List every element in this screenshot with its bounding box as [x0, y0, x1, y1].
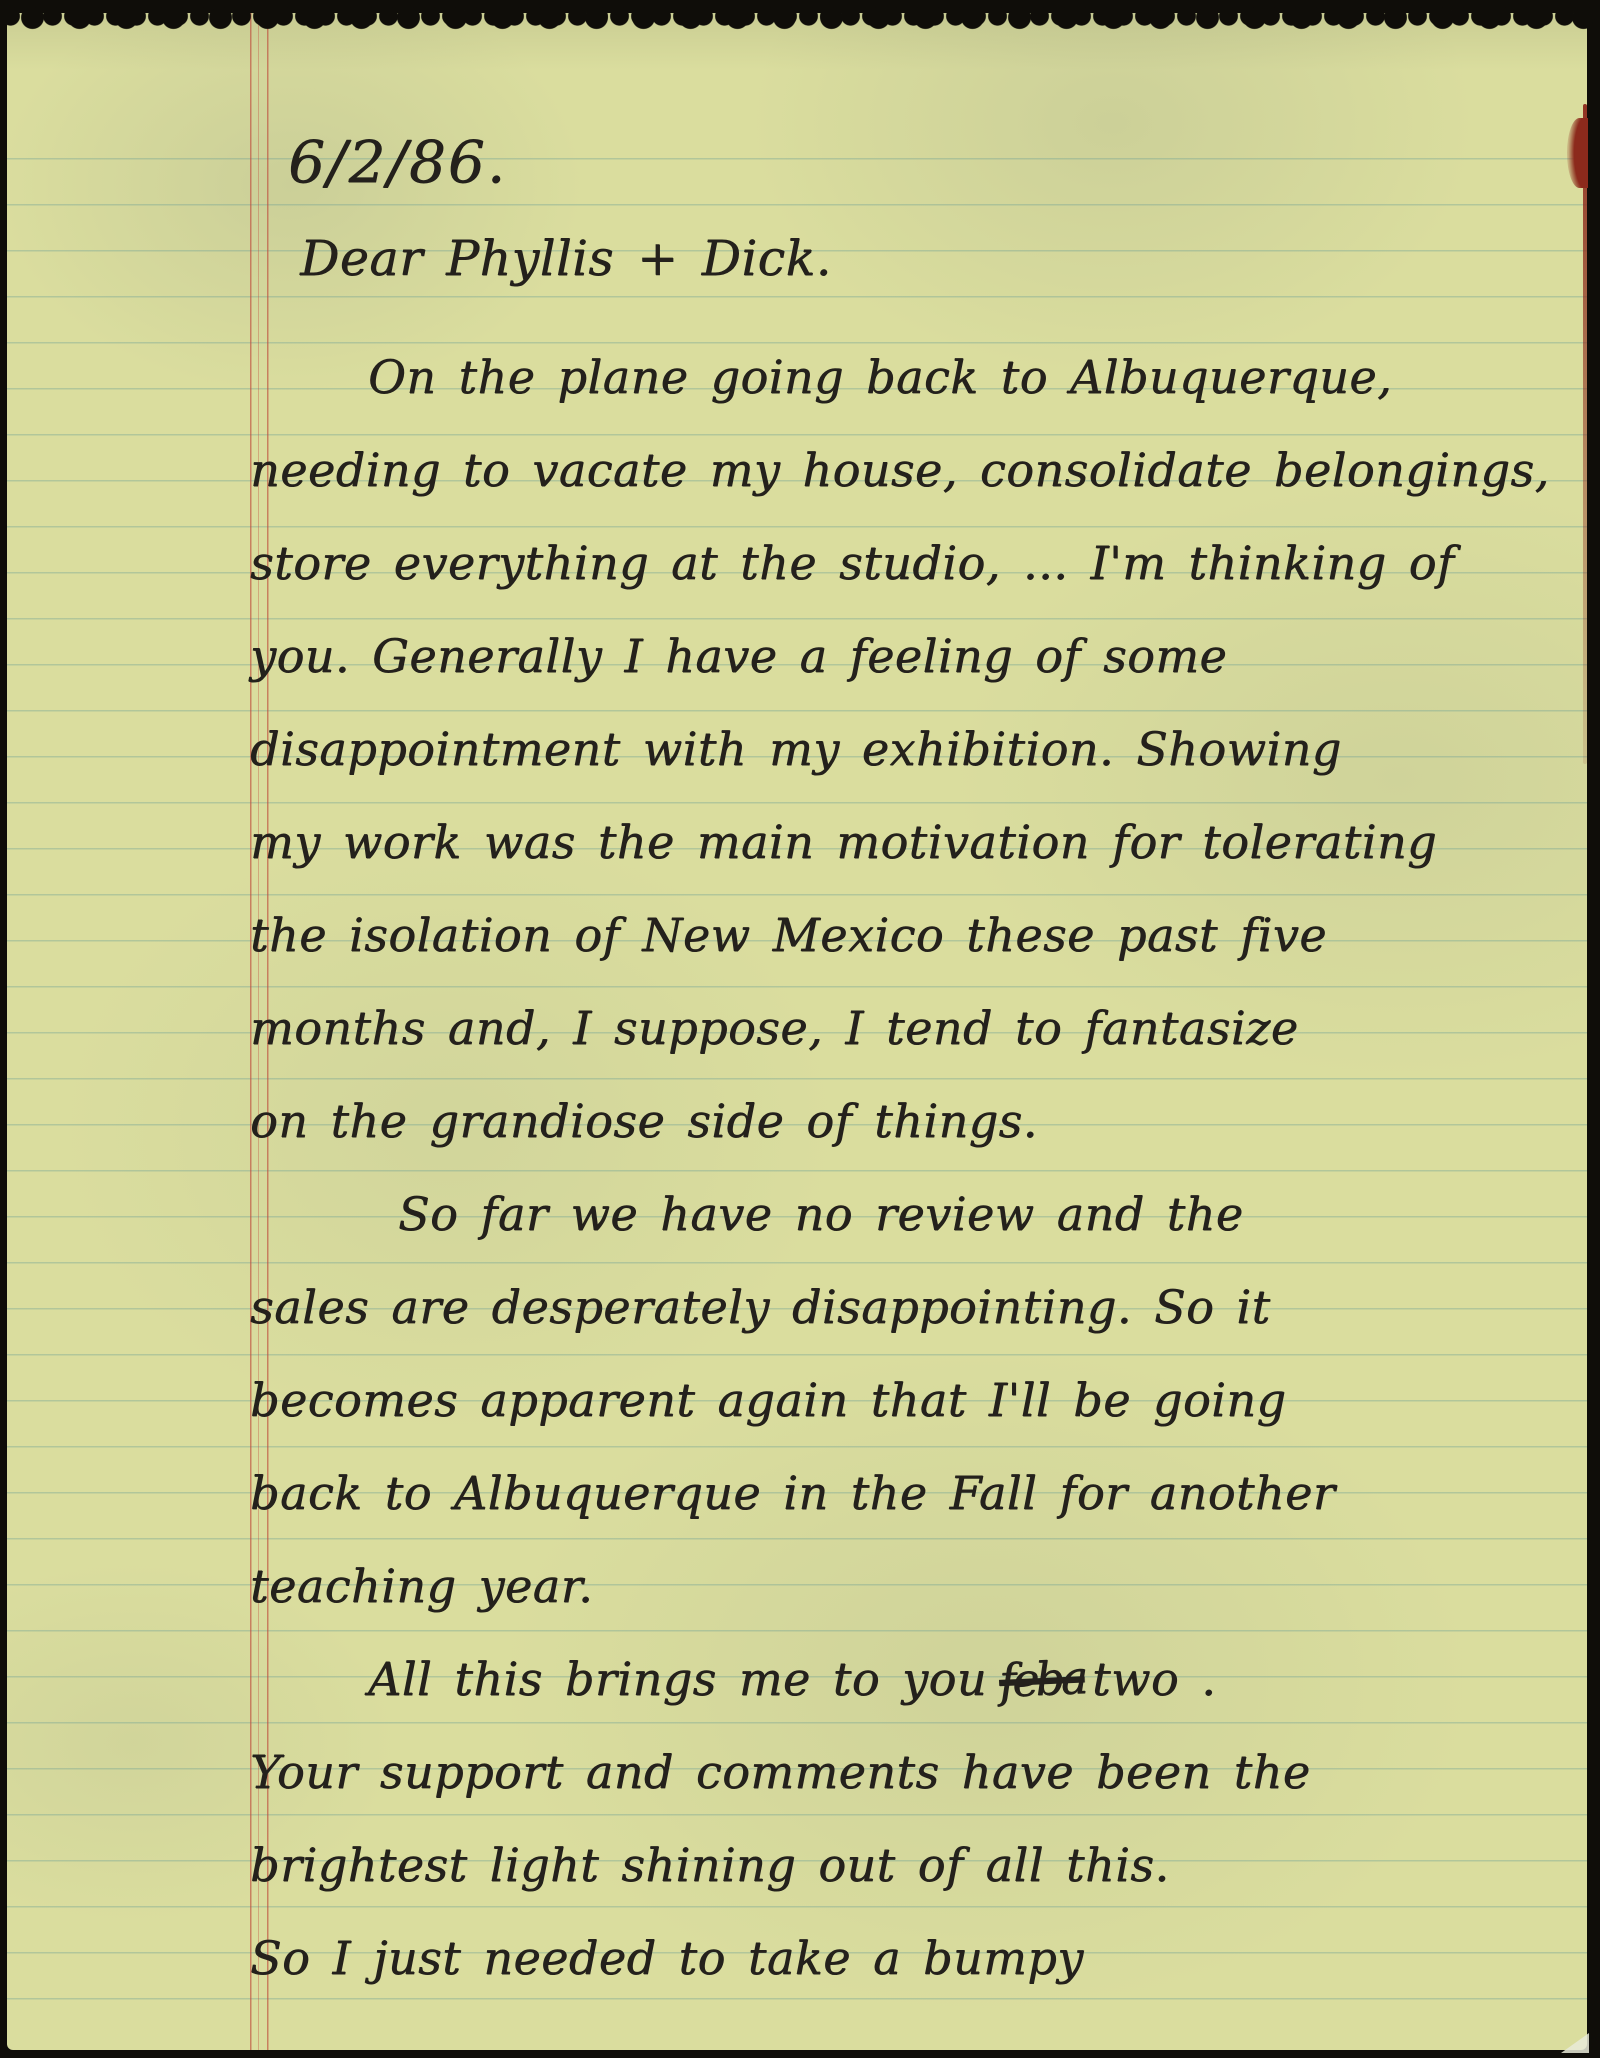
- letter-salutation: Dear Phyllis + Dick.: [250, 212, 1561, 305]
- letter-line: Your support and comments have been the: [250, 1726, 1561, 1819]
- letter-line: on the grandiose side of things.: [250, 1075, 1561, 1168]
- letter-line: So far we have no review and the: [250, 1168, 1561, 1261]
- scanned-letter: 6/2/86. Dear Phyllis + Dick. On the plan…: [0, 0, 1600, 2058]
- letter-line-segment: All this brings me to you: [368, 1652, 987, 1706]
- bottom-corner-fold: [1561, 2033, 1589, 2053]
- letter-line: store everything at the studio, ... I'm …: [250, 517, 1561, 610]
- letter-line: months and, I suppose, I tend to fantasi…: [250, 982, 1561, 1075]
- letter-line: needing to vacate my house, consolidate …: [250, 424, 1561, 517]
- letter-line: back to Albuquerque in the Fall for anot…: [250, 1447, 1561, 1540]
- letter-line-segment: two .: [1092, 1652, 1216, 1706]
- legal-pad-page: 6/2/86. Dear Phyllis + Dick. On the plan…: [7, 0, 1587, 2050]
- red-ink-streak: [1583, 104, 1587, 764]
- scribbled-out-word: feba: [997, 1631, 1086, 1728]
- letter-line: the isolation of New Mexico these past f…: [250, 889, 1561, 982]
- letter-line: sales are desperately disappointing. So …: [250, 1261, 1561, 1354]
- torn-perforation-edge: [0, 0, 1600, 44]
- letter-date: 6/2/86.: [250, 112, 1561, 212]
- letter-line: So I just needed to take a bumpy: [250, 1912, 1561, 2005]
- red-ink-stain: [1567, 118, 1588, 188]
- letter-line: teaching year.: [250, 1540, 1561, 1633]
- letter-line: disappointment with my exhibition. Showi…: [250, 703, 1561, 796]
- handwriting-layer: 6/2/86. Dear Phyllis + Dick. On the plan…: [250, 112, 1561, 2005]
- letter-line: On the plane going back to Albuquerque,: [250, 331, 1561, 424]
- letter-line: brightest light shining out of all this.: [250, 1819, 1561, 1912]
- letter-line: you. Generally I have a feeling of some: [250, 610, 1561, 703]
- letter-line: becomes apparent again that I'll be goin…: [250, 1354, 1561, 1447]
- letter-line-with-scribble: All this brings me to youfebatwo .: [250, 1633, 1561, 1726]
- letter-line: my work was the main motivation for tole…: [250, 796, 1561, 889]
